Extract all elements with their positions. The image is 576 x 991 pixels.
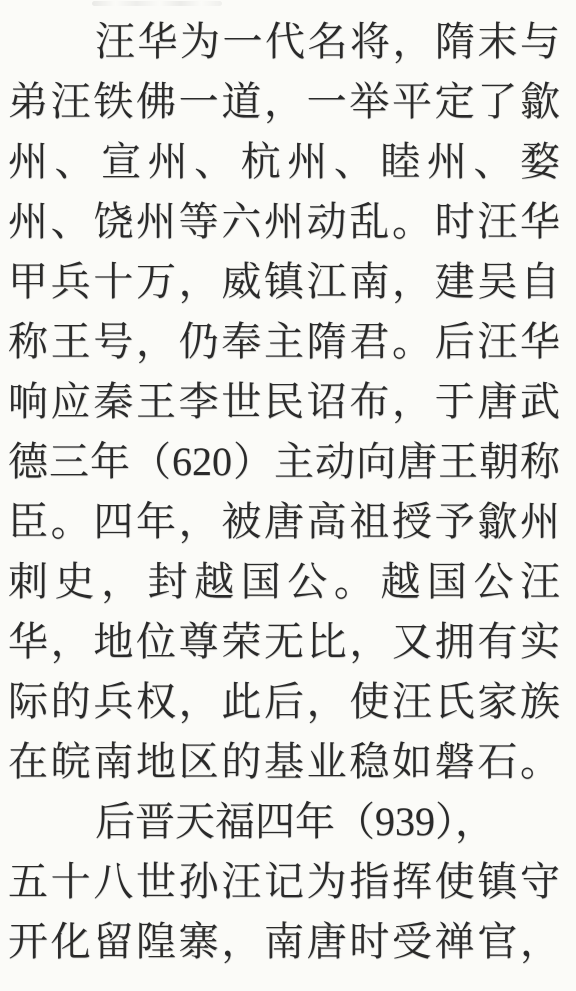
text-line: 州、饶州等六州动乱。时汪华 [8, 192, 560, 252]
text-line: 在皖南地区的基业稳如磐石。 [8, 732, 560, 792]
cutoff-text-fragment [92, 1, 222, 6]
text-line: 华，地位尊荣无比，又拥有实 [8, 612, 560, 672]
text-line: 甲兵十万，威镇江南，建吴自 [8, 252, 560, 312]
text-block: 汪华为一代名将，隋末与弟汪铁佛一道，一举平定了歙州、宣州、杭州、睦州、婺州、饶州… [8, 12, 560, 972]
text-line: 际的兵权，此后，使汪氏家族 [8, 672, 560, 732]
text-line: 刺史，封越国公。越国公汪 [8, 552, 560, 612]
text-line: 汪华为一代名将，隋末与 [8, 12, 560, 72]
text-line: 后晋天福四年（939）， [8, 792, 560, 852]
text-line: 臣。四年，被唐高祖授予歙州 [8, 492, 560, 552]
document-page: 汪华为一代名将，隋末与弟汪铁佛一道，一举平定了歙州、宣州、杭州、睦州、婺州、饶州… [0, 0, 576, 991]
text-line: 弟汪铁佛一道，一举平定了歙 [8, 72, 560, 132]
text-line: 州、宣州、杭州、睦州、婺 [8, 132, 560, 192]
text-line: 开化留隍寨，南唐时受禅官， [8, 912, 560, 972]
text-line: 五十八世孙汪记为指挥使镇守 [8, 852, 560, 912]
text-line: 德三年（620）主动向唐王朝称 [8, 432, 560, 492]
text-line: 称王号，仍奉主隋君。后汪华 [8, 312, 560, 372]
text-line: 响应秦王李世民诏布，于唐武 [8, 372, 560, 432]
